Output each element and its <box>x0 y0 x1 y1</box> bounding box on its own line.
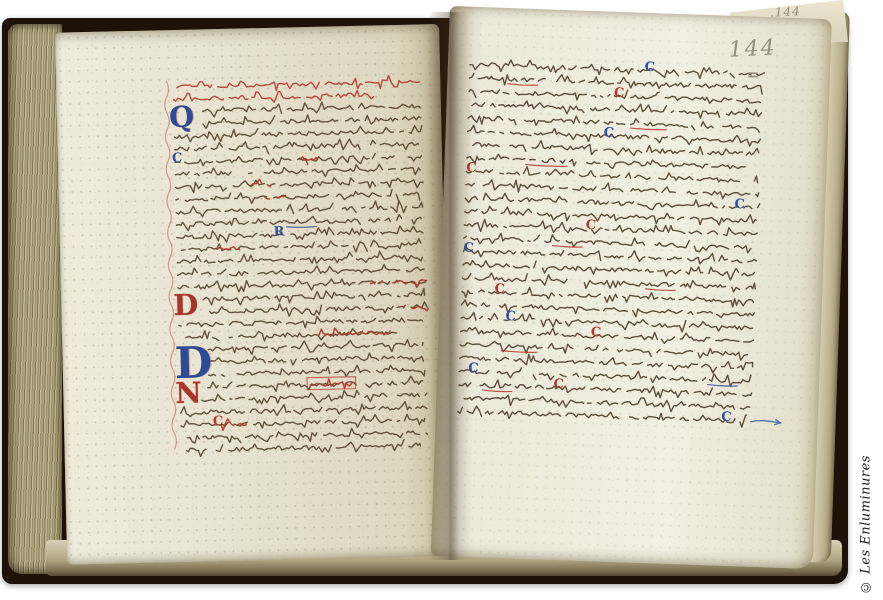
paraph-initial: C <box>614 86 625 99</box>
paraph-initial: C <box>734 198 745 211</box>
left-page-decorations: CRCQDDN <box>55 24 451 565</box>
paraph-initial: C <box>213 415 224 428</box>
paraph-initial: C <box>468 362 479 375</box>
illuminated-initial: N <box>175 379 202 408</box>
illuminated-initial: Q <box>169 103 195 132</box>
manuscript-photo: .144 CRCQDDN 144 = CCCCCCCCCCCCC © Les E… <box>0 0 883 600</box>
paraph-initial: C <box>721 411 732 424</box>
folio-number-pencil: 144 <box>728 35 777 62</box>
left-page: CRCQDDN <box>55 24 451 565</box>
paraph-initial: C <box>644 61 655 74</box>
paraph-initial: C <box>494 283 505 296</box>
paraph-initial: C <box>586 219 597 232</box>
illuminated-initial: D <box>173 291 199 320</box>
right-page-decorations: 144 = CCCCCCCCCCCCC <box>431 6 832 569</box>
paraph-initial: C <box>553 378 564 391</box>
paraph-initial: C <box>604 126 615 139</box>
page-edges-left <box>8 24 62 574</box>
paraph-initial: C <box>466 161 477 174</box>
right-page: 144 = CCCCCCCCCCCCC <box>431 6 832 569</box>
copyright-caption: © Les Enluminures <box>854 436 878 594</box>
paraph-initial: C <box>505 310 516 323</box>
folio-mark-pencil: = <box>746 65 759 83</box>
paraph-initial: R <box>274 225 285 238</box>
paraph-initial: C <box>463 242 474 255</box>
paraph-initial: C <box>172 152 183 165</box>
paraph-initial: C <box>591 326 602 339</box>
